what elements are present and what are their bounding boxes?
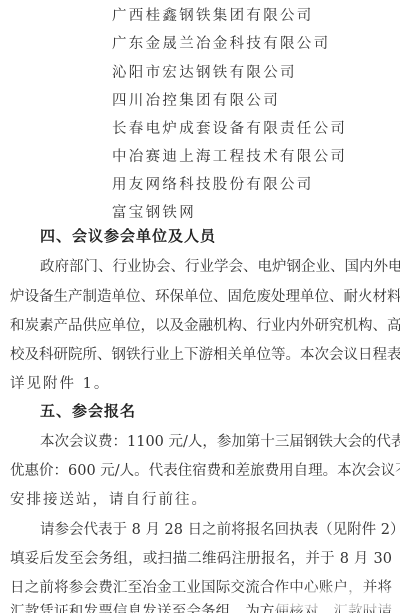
watermark-overlay xyxy=(275,590,395,610)
company-item: 中冶赛迪上海工程技术有限公司 xyxy=(112,145,347,166)
section-heading: 四、会议参会单位及人员 xyxy=(40,225,216,246)
company-item: 长春电炉成套设备有限责任公司 xyxy=(112,117,347,138)
paragraph-line: 政府部门、行业协会、行业学会、电炉钢企业、国内外电 xyxy=(40,255,392,276)
paragraph-line: 炉设备生产制造单位、环保单位、固危废处理单位、耐火材料 xyxy=(10,285,392,306)
paragraph-line: 校及科研院所、钢铁行业上下游相关单位等。本次会议日程表 xyxy=(10,343,392,364)
paragraph-line: 和炭素产品供应单位，以及金融机构、行业内外研究机构、高 xyxy=(10,314,392,335)
company-item: 四川冶控集团有限公司 xyxy=(112,89,280,110)
section-heading: 五、参会报名 xyxy=(40,400,136,421)
paragraph-line: 请参会代表于 8 月 28 日之前将报名回执表（见附件 2） xyxy=(40,518,392,539)
company-item: 广东金晟兰冶金科技有限公司 xyxy=(112,32,330,53)
paragraph-line: 填妥后发至会务组，或扫描二维码注册报名，并于 8 月 30 xyxy=(10,547,392,568)
paragraph-line: 详见附件 1。 xyxy=(10,372,392,393)
company-item: 沁阳市宏达钢铁有限公司 xyxy=(112,61,297,82)
paragraph-line: 优惠价：600 元/人。代表住宿费和差旅费用自理。本次会议不 xyxy=(10,459,392,480)
paragraph-line: 安排接送站，请自行前往。 xyxy=(10,488,392,509)
company-item: 富宝钢铁网 xyxy=(112,201,196,222)
company-item: 广西桂鑫钢铁集团有限公司 xyxy=(112,4,314,25)
company-item: 用友网络科技股份有限公司 xyxy=(112,173,314,194)
paragraph-line: 本次会议费：1100 元/人，参加第十三届钢铁大会的代表 xyxy=(40,430,392,451)
